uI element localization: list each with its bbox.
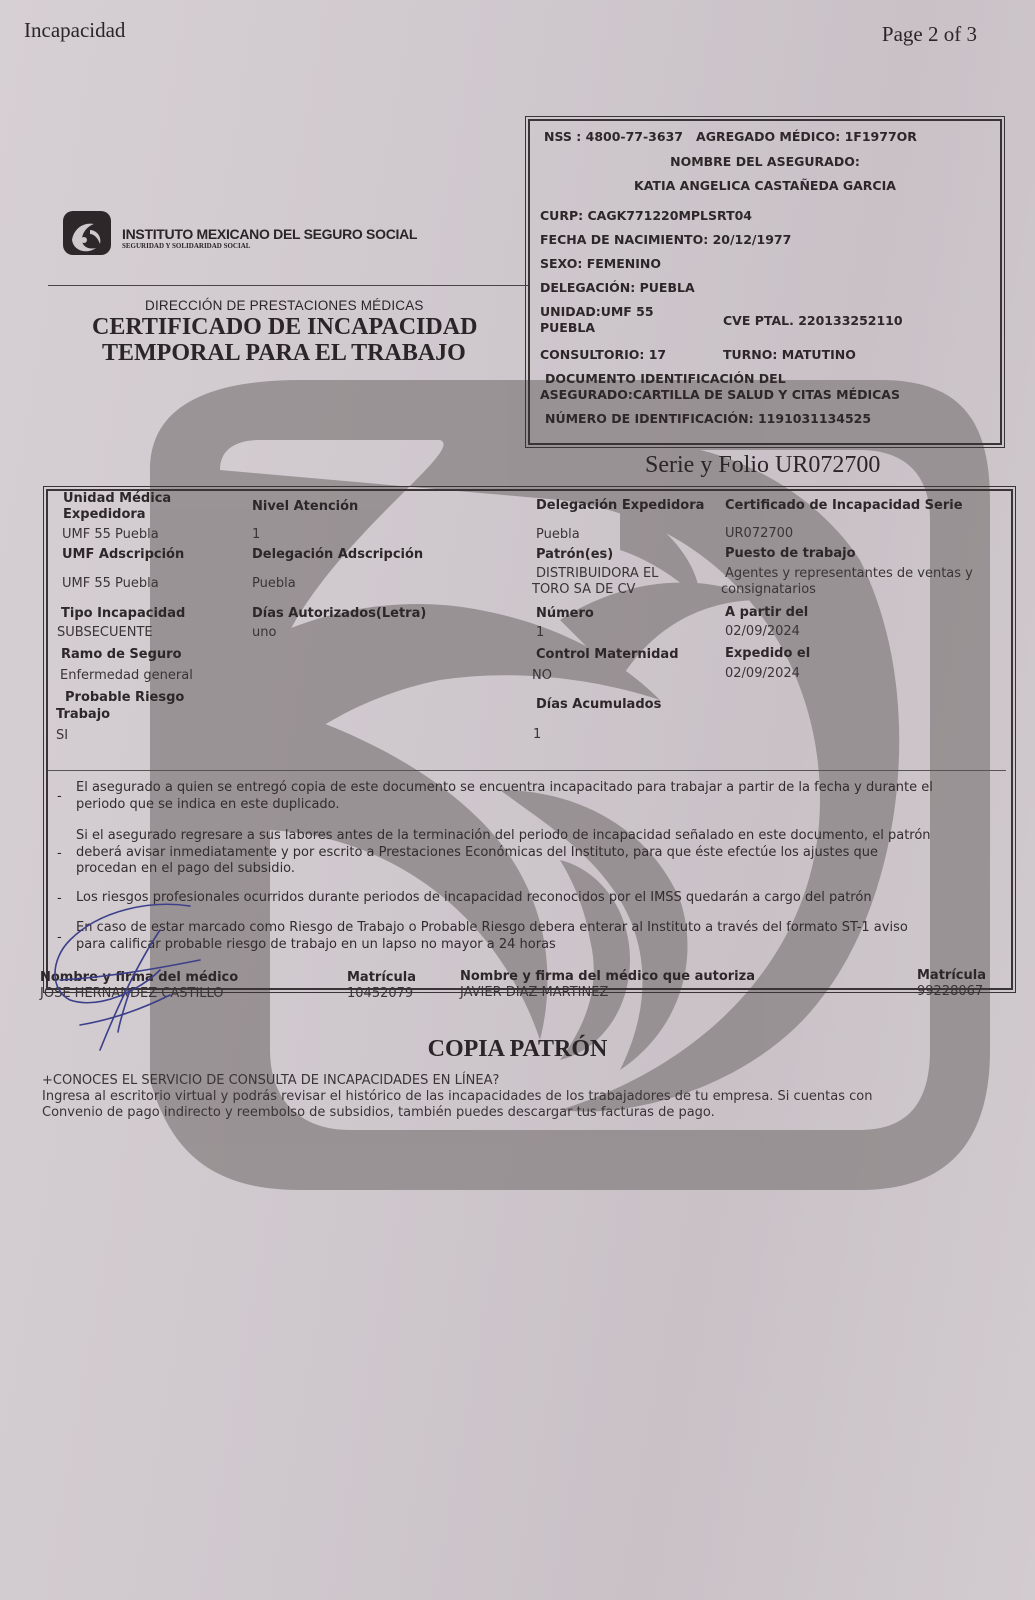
tipo-incapacidad-label: Tipo Incapacidad bbox=[61, 606, 185, 622]
certificate-title-line2: TEMPORAL PARA EL TRABAJO bbox=[102, 340, 466, 367]
patron-value: DISTRIBUIDORA ELTORO SA DE CV bbox=[532, 566, 658, 598]
nss-label: NSS : bbox=[544, 129, 581, 144]
insured-info-box: NSS : 4800-77-3637 AGREGADO MÉDICO: 1F19… bbox=[528, 119, 1002, 445]
header-divider bbox=[48, 285, 528, 286]
id-number-value: 1191031134525 bbox=[758, 411, 871, 426]
id-document-line1: DOCUMENTO IDENTIFICACIÓN DEL bbox=[545, 371, 786, 386]
a-partir-label: A partir del bbox=[725, 605, 808, 621]
puesto-trabajo-label: Puesto de trabajo bbox=[725, 546, 856, 562]
curp-field: CURP: CAGK771220MPLSRT04 bbox=[540, 208, 752, 223]
ramo-seguro-value: Enfermedad general bbox=[60, 668, 193, 684]
turno-label: TURNO: bbox=[723, 347, 777, 362]
unidad-field: UNIDAD:UMF 55 PUEBLA bbox=[540, 304, 654, 336]
unidad-value: UMF 55 bbox=[601, 304, 654, 319]
tipo-incapacidad-value: SUBSECUENTE bbox=[57, 625, 153, 641]
insured-name-label: NOMBRE DEL ASEGURADO: bbox=[530, 154, 1000, 169]
sex-field: SEXO: FEMENINO bbox=[540, 256, 661, 271]
birth-field: FECHA DE NACIMIENTO: 20/12/1977 bbox=[540, 232, 791, 247]
control-maternidad-label: Control Maternidad bbox=[536, 647, 679, 663]
copy-title: COPIA PATRÓN bbox=[0, 1036, 1035, 1063]
cve-label: CVE PTAL. bbox=[723, 313, 794, 328]
patron-label: Patrón(es) bbox=[536, 547, 613, 563]
numero-label: Número bbox=[536, 606, 594, 622]
consultorio-field: CONSULTORIO: 17 bbox=[540, 347, 666, 362]
delegacion-value: PUEBLA bbox=[640, 280, 695, 295]
cve-field: CVE PTAL. 220133252110 bbox=[723, 313, 903, 328]
doctor-matricula-label: Matrícula bbox=[347, 970, 416, 986]
online-service-text-2: Convenio de pago indirecto y reembolso d… bbox=[42, 1104, 715, 1121]
control-maternidad-value: NO bbox=[532, 668, 552, 684]
dias-acumulados-label: Días Acumulados bbox=[536, 697, 661, 713]
unidad-expedidora-value: UMF 55 Puebla bbox=[62, 527, 159, 543]
nss-value: 4800-77-3637 bbox=[586, 129, 683, 144]
nss-field: NSS : 4800-77-3637 AGREGADO MÉDICO: 1F19… bbox=[544, 129, 917, 144]
birth-value: 20/12/1977 bbox=[713, 232, 792, 247]
authorizing-matricula-value: 99228067 bbox=[917, 984, 983, 1000]
numero-value: 1 bbox=[536, 625, 544, 641]
probable-riesgo-label: Probable RiesgoTrabajo bbox=[56, 689, 184, 723]
delegacion-adscripcion-label: Delegación Adscripción bbox=[252, 547, 423, 563]
consultorio-label: CONSULTORIO: bbox=[540, 347, 644, 362]
nivel-atencion-value: 1 bbox=[252, 527, 260, 543]
id-number-label: NÚMERO DE IDENTIFICACIÓN: bbox=[545, 411, 754, 426]
consultorio-value: 17 bbox=[649, 347, 666, 362]
turno-value: MATUTINO bbox=[782, 347, 856, 362]
note-1: El asegurado a quien se entregó copia de… bbox=[76, 780, 996, 813]
certificate-title-line1: CERTIFICADO DE INCAPACIDAD bbox=[92, 314, 477, 341]
insured-name: KATIA ANGELICA CASTAÑEDA GARCIA bbox=[530, 178, 1000, 193]
nivel-atencion-label: Nivel Atención bbox=[252, 499, 358, 515]
online-service-heading: +CONOCES EL SERVICIO DE CONSULTA DE INCA… bbox=[42, 1072, 499, 1089]
institution-name: INSTITUTO MEXICANO DEL SEGURO SOCIAL bbox=[122, 226, 417, 242]
note-2: Si el asegurado regresare a sus labores … bbox=[76, 828, 996, 878]
curp-label: CURP: bbox=[540, 208, 583, 223]
expedido-label: Expedido el bbox=[725, 646, 810, 662]
serie-folio: Serie y Folio UR072700 bbox=[645, 452, 880, 479]
online-service-text-1: Ingresa al escritorio virtual y podrás r… bbox=[42, 1088, 872, 1105]
id-document-line2: ASEGURADO:CARTILLA DE SALUD Y CITAS MÉDI… bbox=[540, 387, 900, 402]
a-partir-value: 02/09/2024 bbox=[725, 624, 800, 640]
page-header-title: Incapacidad bbox=[24, 18, 125, 43]
turno-field: TURNO: MATUTINO bbox=[723, 347, 856, 362]
delegacion-field: DELEGACIÓN: PUEBLA bbox=[540, 280, 695, 295]
unidad-value-line2: PUEBLA bbox=[540, 320, 595, 335]
delegacion-expedidora-label: Delegación Expedidora bbox=[536, 498, 704, 514]
umf-adscripcion-label: UMF Adscripción bbox=[62, 547, 184, 563]
birth-label: FECHA DE NACIMIENTO: bbox=[540, 232, 708, 247]
certificado-serie-value: UR072700 bbox=[725, 526, 793, 542]
unidad-label: UNIDAD: bbox=[540, 304, 601, 319]
authorizing-doctor-label: Nombre y firma del médico que autoriza bbox=[460, 969, 755, 985]
delegacion-adscripcion-value: Puebla bbox=[252, 576, 296, 592]
institution-tagline: SEGURIDAD Y SOLIDARIDAD SOCIAL bbox=[122, 242, 250, 250]
doctor-matricula-value: 10452079 bbox=[347, 986, 413, 1002]
expedido-value: 02/09/2024 bbox=[725, 666, 800, 682]
unidad-expedidora-label: Unidad MédicaExpedidora bbox=[63, 491, 171, 523]
umf-adscripcion-value: UMF 55 Puebla bbox=[62, 576, 159, 592]
cve-value: 220133252110 bbox=[798, 313, 902, 328]
details-divider bbox=[48, 770, 1006, 771]
sex-label: SEXO: bbox=[540, 256, 582, 271]
note-bullet: - bbox=[57, 789, 62, 804]
delegacion-label: DELEGACIÓN: bbox=[540, 280, 635, 295]
page-number: Page 2 of 3 bbox=[882, 22, 977, 47]
note-bullet: - bbox=[57, 846, 62, 861]
puesto-trabajo-value: Agentes y representantes de ventas ycons… bbox=[721, 566, 973, 598]
dias-autorizados-value: uno bbox=[252, 625, 276, 641]
probable-riesgo-value: SI bbox=[56, 728, 68, 744]
ramo-seguro-label: Ramo de Seguro bbox=[61, 647, 182, 663]
imss-eagle-logo-icon bbox=[62, 210, 112, 256]
dias-acumulados-value: 1 bbox=[533, 727, 541, 743]
agregado-label: AGREGADO MÉDICO: bbox=[696, 129, 840, 144]
authorizing-matricula-label: Matrícula bbox=[917, 968, 986, 984]
delegacion-expedidora-value: Puebla bbox=[536, 527, 580, 543]
sex-value: FEMENINO bbox=[587, 256, 661, 271]
direction-label: DIRECCIÓN DE PRESTACIONES MÉDICAS bbox=[145, 298, 424, 313]
agregado-value: 1F1977OR bbox=[845, 129, 917, 144]
id-number-field: NÚMERO DE IDENTIFICACIÓN: 1191031134525 bbox=[545, 411, 871, 426]
dias-autorizados-label: Días Autorizados(Letra) bbox=[252, 606, 426, 622]
certificado-serie-label: Certificado de Incapacidad Serie bbox=[725, 498, 963, 514]
curp-value: CAGK771220MPLSRT04 bbox=[587, 208, 752, 223]
authorizing-doctor-name: JAVIER DIAZ MARTINEZ bbox=[460, 985, 608, 1001]
